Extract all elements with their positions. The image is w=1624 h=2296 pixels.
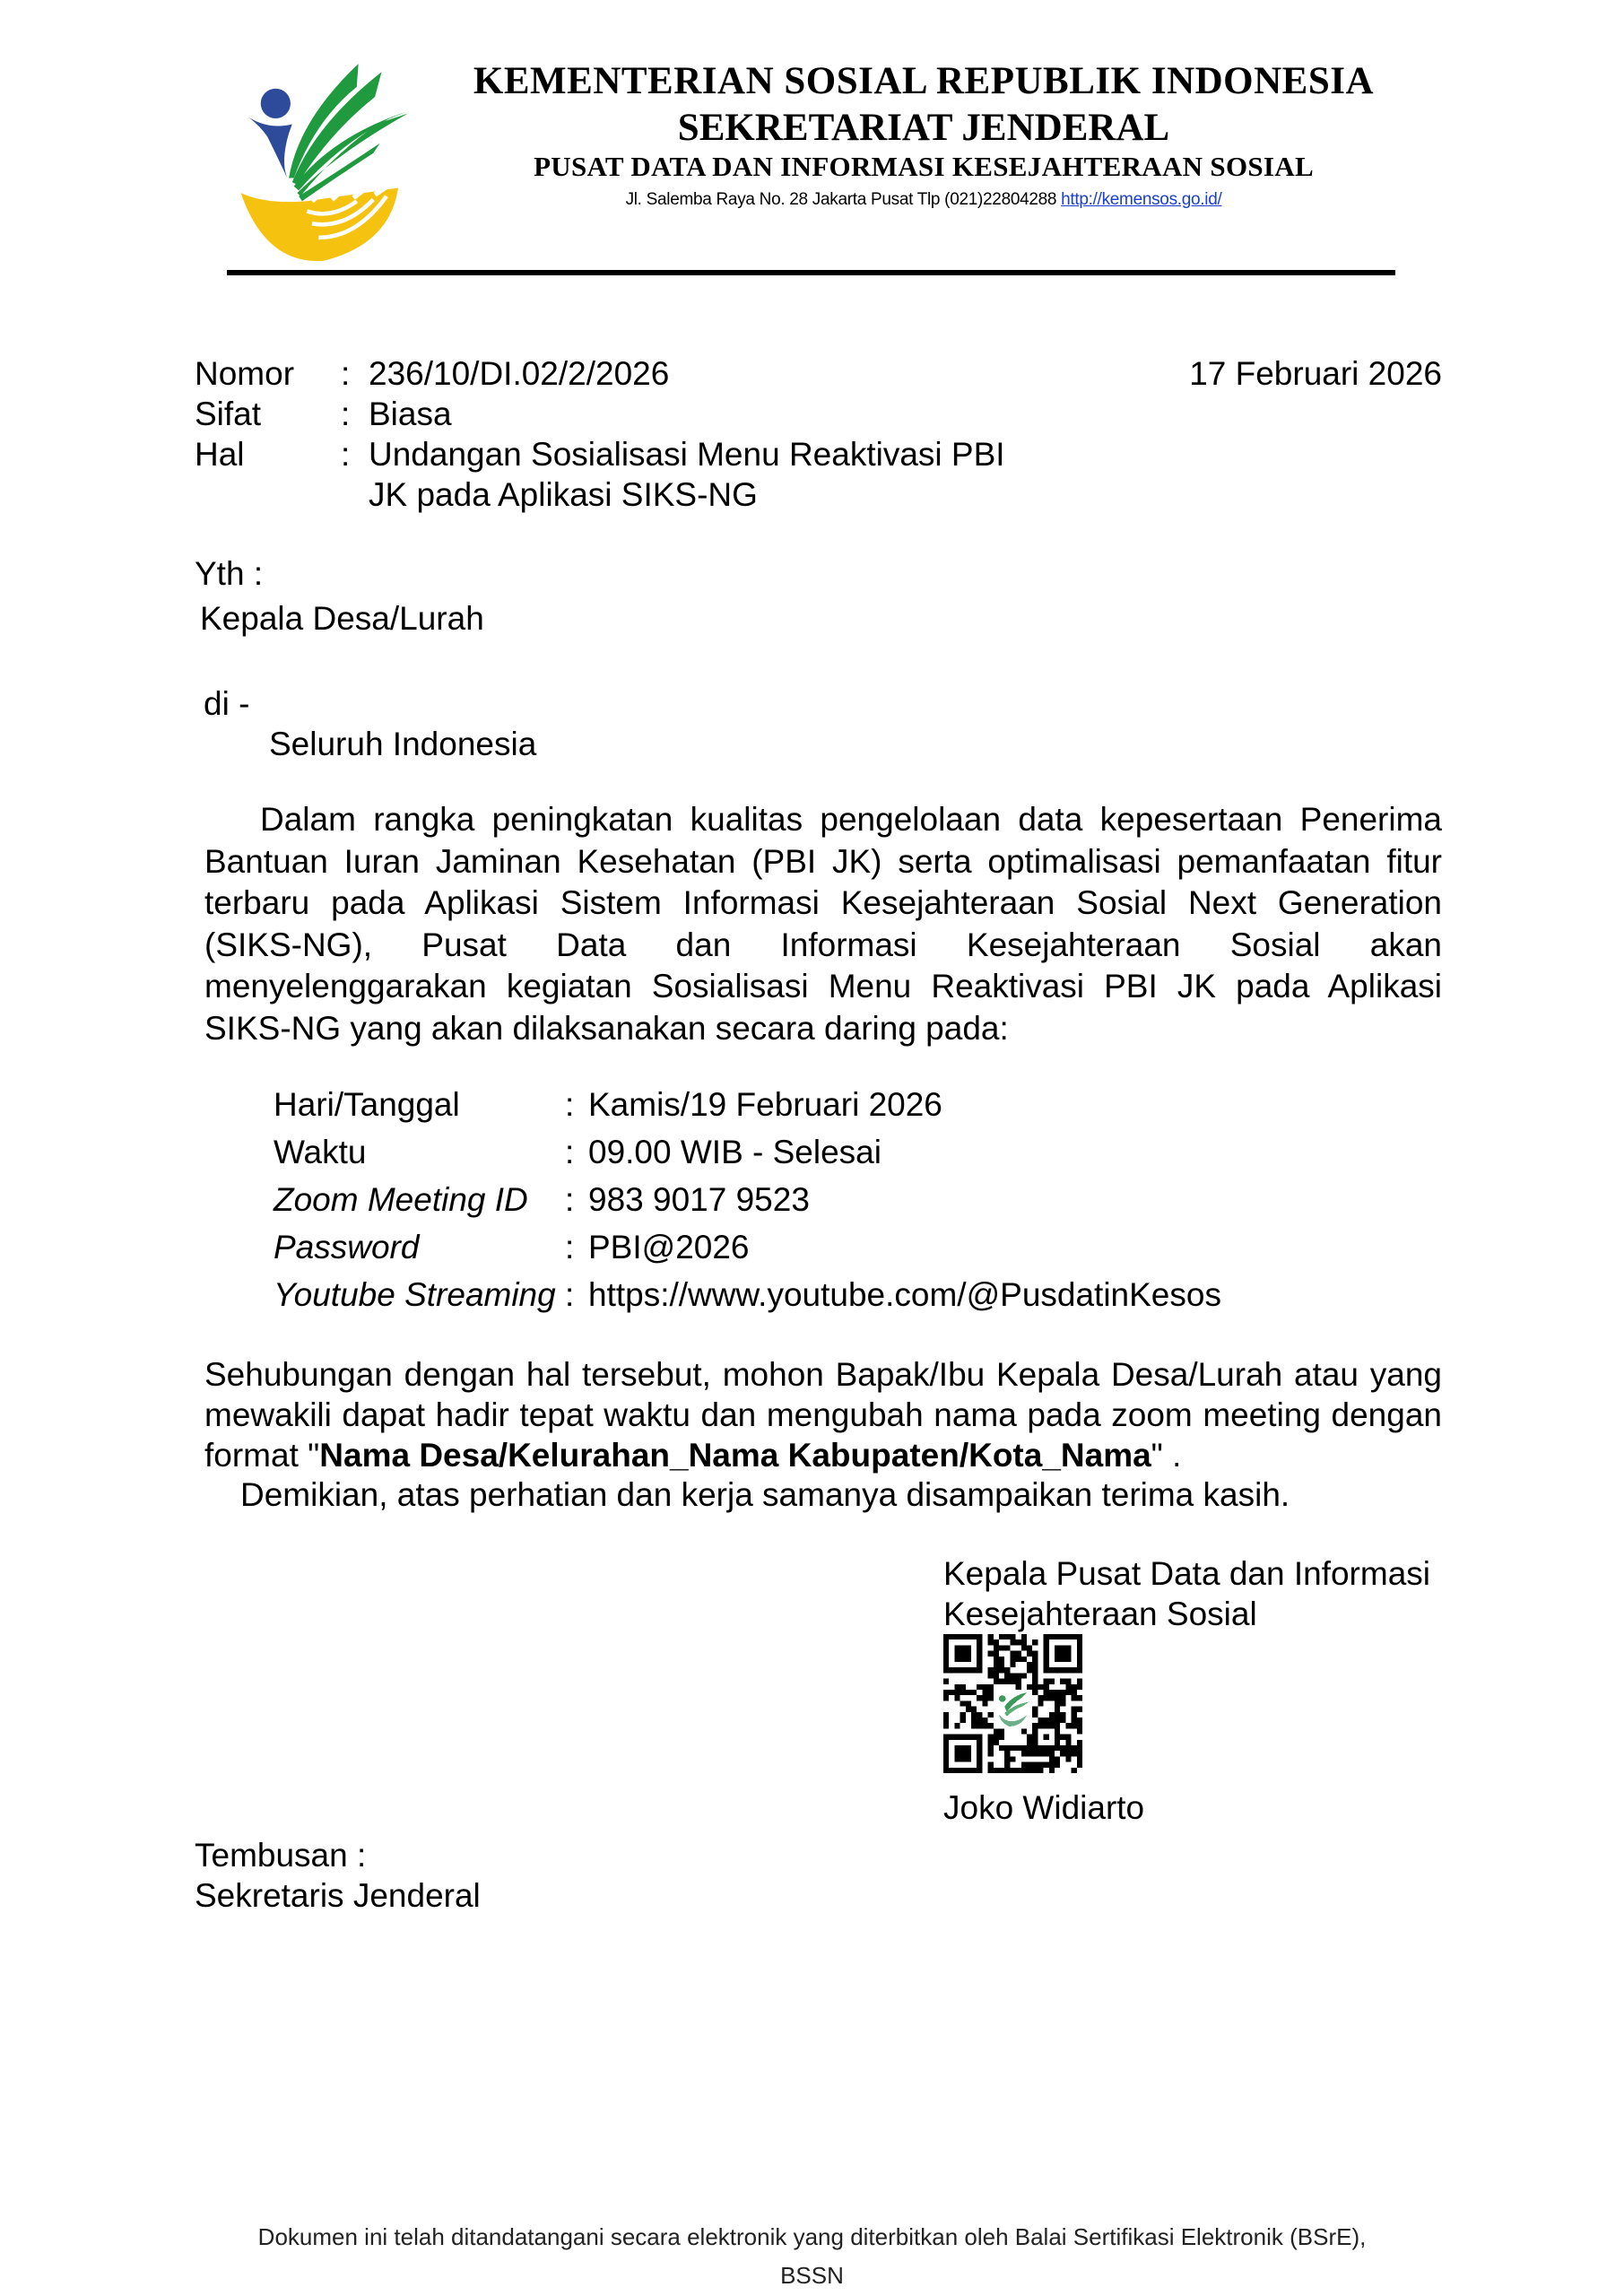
nomor-label: Nomor xyxy=(195,357,294,390)
body-paragraph-1: Dalam rangka peningkatan kualitas pengel… xyxy=(204,799,1442,1049)
detail-label-zoom-id: Zoom Meeting ID xyxy=(274,1183,528,1216)
address-text: Jl. Salemba Raya No. 28 Jakarta Pusat Tl… xyxy=(626,190,1062,209)
hal-value-line1: Undangan Sosialisasi Menu Reaktivasi PBI xyxy=(369,438,1005,471)
sifat-label: Sifat xyxy=(195,397,261,430)
recipient-name: Kepala Desa/Lurah xyxy=(200,602,484,635)
signatory-title-line1: Kepala Pusat Data dan Informasi xyxy=(943,1557,1430,1590)
paragraph-line: terbaru pada Aplikasi Sistem Informasi K… xyxy=(204,883,1442,925)
detail-value-date: Kamis/19 Februari 2026 xyxy=(588,1088,942,1121)
letterhead-ministry: KEMENTERIAN SOSIAL REPUBLIK INDONESIA xyxy=(395,59,1453,103)
signatory-name: Joko Widiarto xyxy=(943,1791,1144,1824)
esign-footer-line1: Dokumen ini telah ditandatangani secara … xyxy=(0,2223,1624,2251)
hal-value-line2: JK pada Aplikasi SIKS-NG xyxy=(369,478,758,511)
detail-colon: : xyxy=(565,1231,574,1264)
esign-footer-line2: BSSN xyxy=(0,2262,1624,2290)
sifat-colon: : xyxy=(341,397,350,430)
paragraph-line: (SIKS-NG), Pusat Data dan Informasi Kese… xyxy=(204,925,1442,967)
website-link[interactable]: http://kemensos.go.id/ xyxy=(1061,190,1221,209)
detail-value-youtube-link[interactable]: https://www.youtube.com/@PusdatinKesos xyxy=(588,1278,1221,1311)
signatory-title-line2: Kesejahteraan Sosial xyxy=(943,1597,1257,1631)
detail-label-date: Hari/Tanggal xyxy=(274,1088,460,1121)
recipient-place: Seluruh Indonesia xyxy=(269,727,536,761)
paragraph-line: Dalam rangka peningkatan kualitas pengel… xyxy=(204,799,1442,841)
detail-value-password: PBI@2026 xyxy=(588,1231,750,1264)
letterhead-divider xyxy=(227,270,1395,275)
paragraph-line: menyelenggarakan kegiatan Sosialisasi Me… xyxy=(204,966,1442,1008)
hal-colon: : xyxy=(341,438,350,471)
paragraph-line: SIKS-NG yang akan dilaksanakan secara da… xyxy=(204,1008,1442,1050)
closing-sentence: Demikian, atas perhatian dan kerja saman… xyxy=(240,1478,1290,1511)
di-label: di - xyxy=(204,687,249,720)
detail-label-password: Password xyxy=(274,1231,419,1264)
nomor-value: 236/10/DI.02/2/2026 xyxy=(369,357,669,390)
cc-recipient: Sekretaris Jenderal xyxy=(195,1879,481,1912)
nomor-colon: : xyxy=(341,357,350,390)
detail-value-zoom-id: 983 9017 9523 xyxy=(588,1183,810,1216)
detail-label-time: Waktu xyxy=(274,1135,366,1169)
yth-label: Yth : xyxy=(195,557,263,590)
paragraph-line: Bantuan Iuran Jaminan Kesehatan (PBI JK)… xyxy=(204,841,1442,883)
detail-colon: : xyxy=(565,1135,574,1169)
paragraph-line: format "Nama Desa/Kelurahan_Nama Kabupat… xyxy=(204,1435,1442,1475)
letterhead-center: PUSAT DATA DAN INFORMASI KESEJAHTERAAN S… xyxy=(395,151,1453,183)
paragraph-line: mewakili dapat hadir tepat waktu dan men… xyxy=(204,1395,1442,1435)
detail-value-time: 09.00 WIB - Selesai xyxy=(588,1135,881,1169)
letterhead-address: Jl. Salemba Raya No. 28 Jakarta Pusat Tl… xyxy=(395,190,1453,210)
body-paragraph-2: Sehubungan dengan hal tersebut, mohon Ba… xyxy=(204,1354,1442,1475)
letter-date: 17 Februari 2026 xyxy=(1189,357,1442,390)
paragraph-line: Sehubungan dengan hal tersebut, mohon Ba… xyxy=(204,1354,1442,1395)
detail-colon: : xyxy=(565,1183,574,1216)
sifat-value: Biasa xyxy=(369,397,452,430)
hal-label: Hal xyxy=(195,438,245,471)
letterhead-secretariat: SEKRETARIAT JENDERAL xyxy=(395,106,1453,150)
detail-label-youtube: Youtube Streaming xyxy=(274,1278,556,1311)
cc-label: Tembusan : xyxy=(195,1839,366,1872)
qr-code-signature-icon xyxy=(943,1634,1082,1773)
zoom-name-format: Nama Desa/Kelurahan_Nama Kabupaten/Kota_… xyxy=(319,1437,1151,1474)
detail-colon: : xyxy=(565,1278,574,1311)
detail-colon: : xyxy=(565,1088,574,1121)
